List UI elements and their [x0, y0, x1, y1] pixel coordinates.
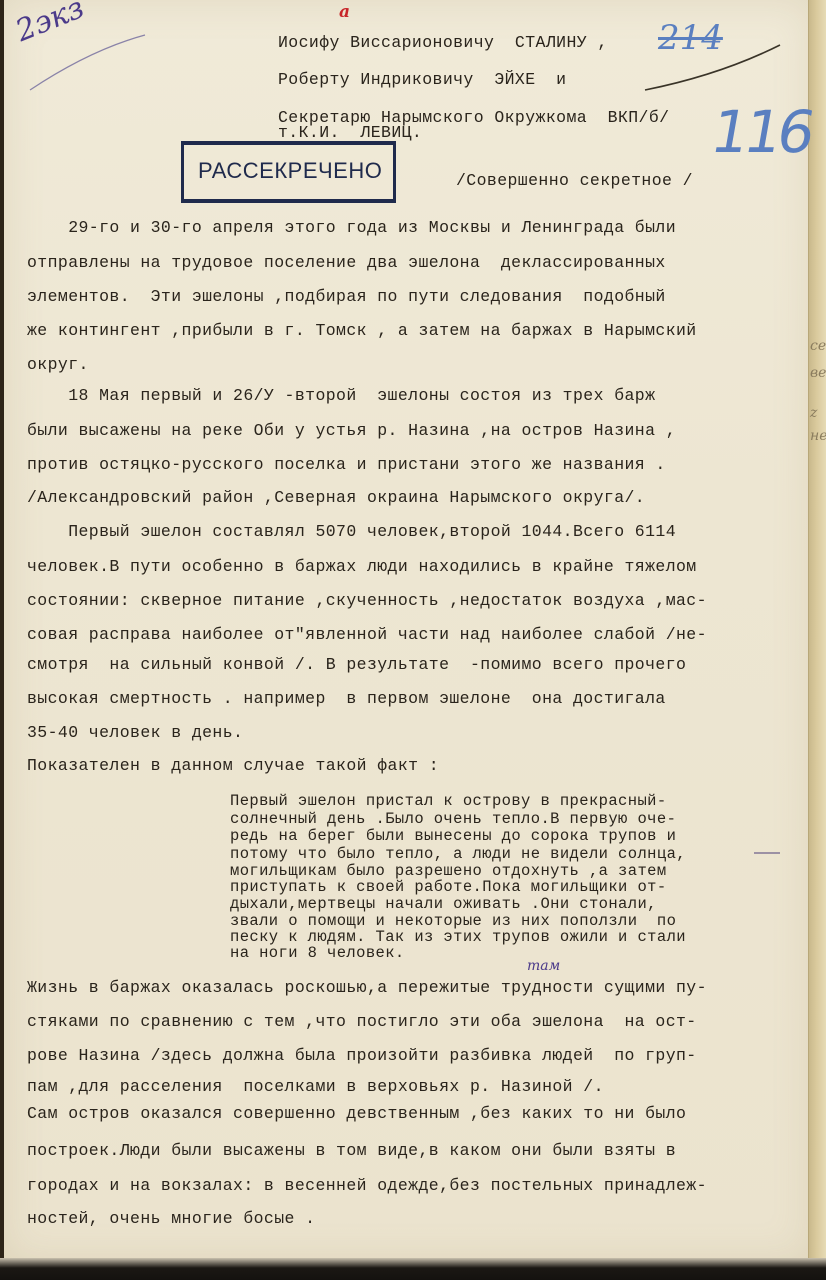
underlying-sheet-edge	[808, 0, 826, 1262]
body-line: совая расправа наиболее от"явленной част…	[27, 625, 707, 644]
closing-line: рове Назина /здесь должна была произойти…	[27, 1046, 697, 1065]
quote-line: Первый эшелон пристал к острову в прекра…	[230, 792, 667, 810]
body-line: элементов. Эти эшелоны ,подбирая по пути…	[27, 287, 666, 306]
closing-line: городах и на вокзалах: в весенней одежде…	[27, 1176, 707, 1195]
margin-fragment: ве	[810, 365, 826, 381]
body-line: 35-40 человек в день.	[27, 723, 243, 742]
declassified-stamp: РАССЕКРЕЧЕНО	[181, 141, 396, 203]
inserted-word: там	[527, 958, 560, 974]
addressee-4: т.К.И. ЛЕВИЦ.	[278, 123, 422, 142]
closing-line: Жизнь в баржах оказалась роскошью,а пере…	[27, 978, 707, 997]
addressee-2: Роберту Индриковичу ЭЙХЕ и	[278, 70, 566, 89]
body-line: же контингент ,прибыли в г. Томск , а за…	[27, 321, 697, 340]
body-line: округ.	[27, 355, 89, 374]
quote-line: потому что было тепло, а люди не видели …	[230, 845, 686, 863]
red-correction-mark: а	[339, 2, 350, 22]
closing-line: Сам остров оказался совершенно девственн…	[27, 1104, 686, 1123]
closing-line: ностей, очень многие босые .	[27, 1209, 315, 1228]
closing-line: пам ,для расселения поселками в верховья…	[27, 1077, 604, 1096]
body-line: против остяцко-русского поселка и приста…	[27, 455, 666, 474]
body-line: смотря на сильный конвой /. В результате…	[27, 655, 686, 674]
margin-fragment: се	[810, 338, 826, 354]
body-line: были высажены на реке Оби у устья р. Наз…	[27, 421, 676, 440]
body-line: отправлены на трудовое поселение два эше…	[27, 253, 666, 272]
pencil-stroke-top-right	[640, 40, 790, 100]
quote-line: на ноги 8 человек.	[230, 944, 405, 962]
margin-fragment: z	[810, 405, 817, 421]
margin-dash-mark	[752, 850, 782, 856]
body-line: 18 Мая первый и 26/У -второй эшелоны сос…	[27, 386, 655, 405]
closing-line: стяками по сравнению с тем ,что постигло…	[27, 1012, 697, 1031]
quote-line: приступать к своей работе.Пока могильщик…	[230, 878, 667, 896]
body-line: состоянии: скверное питание ,скученность…	[27, 591, 707, 610]
margin-fragment: не	[810, 428, 826, 444]
body-line: /Александровский район ,Северная окраина…	[27, 488, 645, 507]
classification-label: /Совершенно секретное /	[456, 171, 693, 190]
closing-line: построек.Люди были высажены в том виде,в…	[27, 1141, 676, 1160]
quote-line: редь на берег были вынесены до сорока тр…	[230, 827, 676, 845]
folio-number: 116	[706, 98, 817, 166]
body-line: человек.В пути особенно в баржах люди на…	[27, 557, 697, 576]
body-line: Показателен в данном случае такой факт :	[27, 756, 439, 775]
quote-line: солнечный день .Было очень тепло.В перву…	[230, 810, 676, 828]
body-line: 29-го и 30-го апреля этого года из Москв…	[27, 218, 676, 237]
quote-line: дыхали,мертвецы начали оживать .Они стон…	[230, 895, 657, 913]
page-bottom-edge	[0, 1258, 826, 1280]
body-line: высокая смертность . например в первом э…	[27, 689, 666, 708]
stamp-text: РАССЕКРЕЧЕНО	[198, 158, 382, 184]
body-line: Первый эшелон составлял 5070 человек,вто…	[27, 522, 676, 541]
addressee-1: Иосифу Виссарионовичу СТАЛИНУ ,	[278, 33, 608, 52]
pencil-stroke-top-left	[20, 15, 150, 95]
